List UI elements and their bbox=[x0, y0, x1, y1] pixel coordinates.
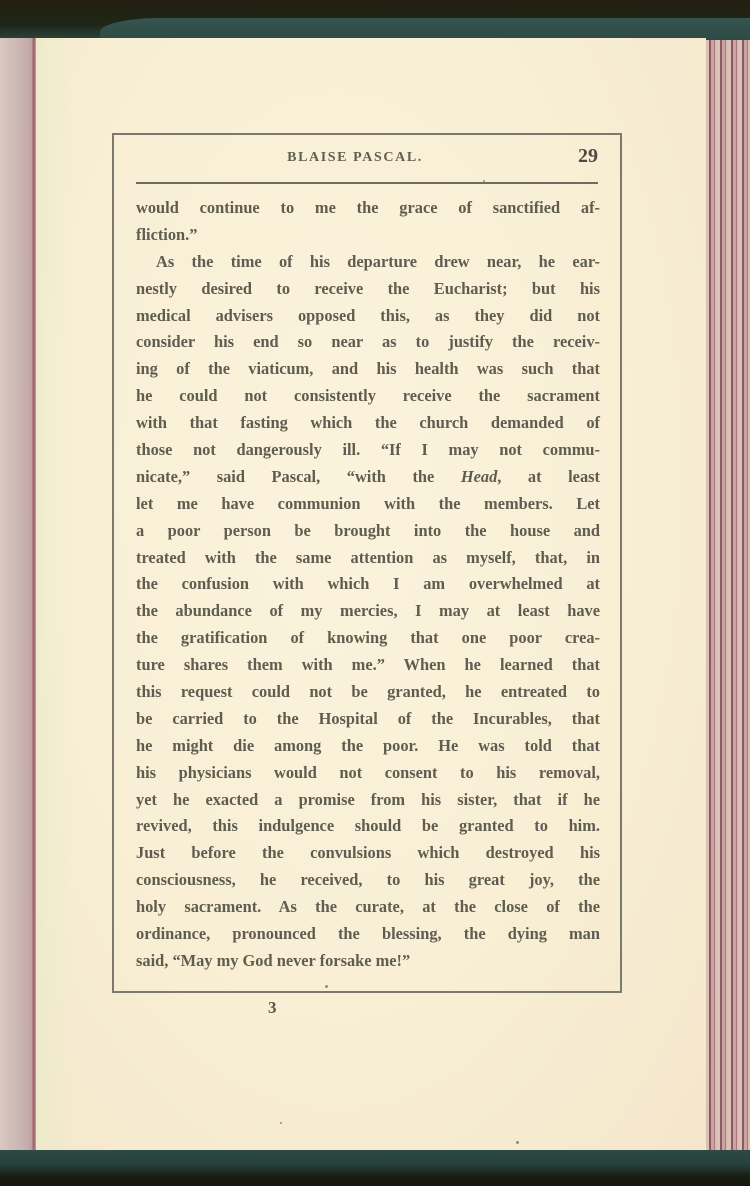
text-line: let me have communion with the members. … bbox=[136, 491, 600, 518]
text-line: consider his end so near as to justify t… bbox=[136, 329, 600, 356]
text-line: those not dangerously ill. “If I may not… bbox=[136, 437, 600, 464]
text-line: treated with the same attention as mysel… bbox=[136, 545, 600, 572]
text-line: fliction.” bbox=[136, 222, 600, 249]
text-line: this request could not be granted, he en… bbox=[136, 679, 600, 706]
text-line: he could not consistently receive the sa… bbox=[136, 383, 600, 410]
text-line: ture shares them with me.” When he learn… bbox=[136, 652, 600, 679]
paper-speck bbox=[325, 985, 328, 988]
text-line: Just before the convulsions which destro… bbox=[136, 840, 600, 867]
text-line: As the time of his departure drew near, … bbox=[136, 249, 600, 276]
text-line: ing of the viaticum, and his health was … bbox=[136, 356, 600, 383]
text-line: the confusion with which I am overwhelme… bbox=[136, 571, 600, 598]
book-cover-bottom bbox=[0, 1150, 750, 1186]
text-line: yet he exacted a promise from his sister… bbox=[136, 787, 600, 814]
text-line: ordinance, pronounced the blessing, the … bbox=[136, 921, 600, 948]
book-cloth-binding-top bbox=[100, 18, 750, 40]
text-frame-border: BLAISE PASCAL. 29 would continue to me t… bbox=[112, 133, 622, 993]
text-line: said, “May my God never forsake me!” bbox=[136, 948, 600, 975]
text-line: medical advisers opposed this, as they d… bbox=[136, 303, 600, 330]
left-page-stack-edge bbox=[0, 38, 34, 1158]
running-head: BLAISE PASCAL. 29 bbox=[114, 147, 620, 171]
body-text: would continue to me the grace of sancti… bbox=[136, 195, 600, 975]
header-rule bbox=[136, 182, 598, 184]
page-number: 29 bbox=[578, 145, 598, 168]
text-line: be carried to the Hospital of the Incura… bbox=[136, 706, 600, 733]
text-line: with that fasting which the church deman… bbox=[136, 410, 600, 437]
text-line: the gratification of knowing that one po… bbox=[136, 625, 600, 652]
text-line: a poor person be brought into the house … bbox=[136, 518, 600, 545]
paper-speck bbox=[483, 180, 485, 182]
text-line: revived, this indulgence should be grant… bbox=[136, 813, 600, 840]
text-line: would continue to me the grace of sancti… bbox=[136, 195, 600, 222]
text-line: nicate,” said Pascal, “with the Head, at… bbox=[136, 464, 600, 491]
page-gutter-shade bbox=[36, 38, 76, 1150]
paper-speck bbox=[280, 1122, 282, 1124]
text-line: his physicians would not consent to his … bbox=[136, 760, 600, 787]
running-title: BLAISE PASCAL. bbox=[114, 150, 620, 166]
italic-emphasis: Head bbox=[461, 467, 497, 486]
text-line: he might die among the poor. He was told… bbox=[136, 733, 600, 760]
text-line: holy sacrament. As the curate, at the cl… bbox=[136, 894, 600, 921]
right-page-stack-edge bbox=[706, 40, 750, 1150]
text-line: nestly desired to receive the Eucharist;… bbox=[136, 276, 600, 303]
text-line: the abundance of my mercies, I may at le… bbox=[136, 598, 600, 625]
paper-speck bbox=[516, 1141, 519, 1144]
signature-mark: 3 bbox=[268, 998, 277, 1018]
text-line: consciousness, he received, to his great… bbox=[136, 867, 600, 894]
